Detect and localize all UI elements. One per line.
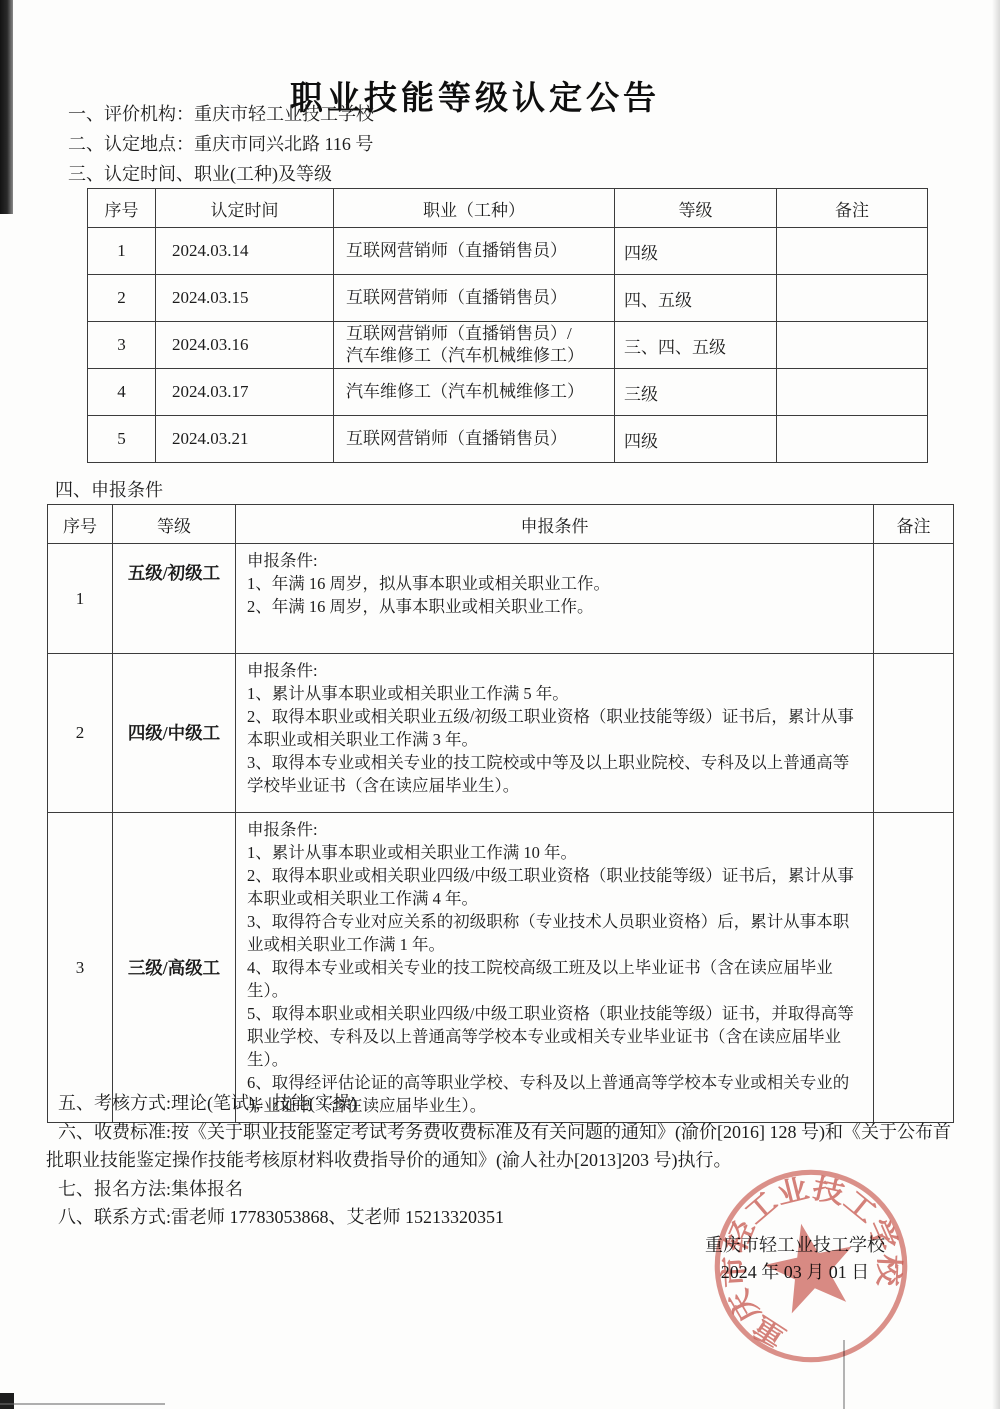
intro-item-location: 二、认定地点：重庆市同兴北路 116 号 bbox=[68, 129, 374, 159]
cell-no: 3 bbox=[88, 322, 156, 369]
cell-remark bbox=[777, 228, 928, 275]
cell-no: 2 bbox=[88, 275, 156, 322]
cell-remark bbox=[777, 322, 928, 369]
cell-no: 4 bbox=[88, 369, 156, 416]
cell-remark bbox=[777, 416, 928, 463]
seal-star-icon bbox=[757, 1214, 863, 1317]
table-row: 1 2024.03.14 互联网营销师（直播销售员） 四级 bbox=[88, 228, 928, 275]
cell-level: 四级 bbox=[615, 416, 777, 463]
cell-occupation: 互联网营销师（直播销售员） bbox=[334, 275, 615, 322]
cell-date: 2024.03.15 bbox=[156, 275, 334, 322]
cell-date: 2024.03.14 bbox=[156, 228, 334, 275]
cell-no: 1 bbox=[88, 228, 156, 275]
conditions-header-no: 序号 bbox=[48, 505, 113, 544]
cell-no: 3 bbox=[48, 813, 113, 1123]
table-row: 3 2024.03.16 互联网营销师（直播销售员）/ 汽车维修工（汽车机械维修… bbox=[88, 322, 928, 369]
conditions-header-conditions: 申报条件 bbox=[236, 505, 874, 544]
cell-occupation: 互联网营销师（直播销售员）/ 汽车维修工（汽车机械维修工） bbox=[334, 322, 615, 369]
cell-level: 四级 bbox=[615, 228, 777, 275]
official-seal-stamp: 重庆市轻工业技工学校 bbox=[708, 1163, 914, 1369]
cell-conditions: 申报条件: 1、累计从事本职业或相关职业工作满 5 年。 2、取得本职业或相关职… bbox=[236, 654, 874, 813]
table-row: 4 2024.03.17 汽车维修工（汽车机械维修工） 三级 bbox=[88, 369, 928, 416]
schedule-table: 序号 认定时间 职业（工种） 等级 备注 1 2024.03.14 互联网营销师… bbox=[87, 188, 928, 463]
scan-artifact-bottom-line bbox=[0, 1403, 165, 1405]
intro-item-evaluation-org: 一、评价机构：重庆市轻工业技工学校 bbox=[68, 99, 374, 129]
cell-occupation: 互联网营销师（直播销售员） bbox=[334, 416, 615, 463]
intro-list: 一、评价机构：重庆市轻工业技工学校 二、认定地点：重庆市同兴北路 116 号 三… bbox=[68, 99, 374, 189]
cell-level: 四、五级 bbox=[615, 275, 777, 322]
cell-remark bbox=[874, 813, 954, 1123]
intro-item-schedule-heading: 三、认定时间、职业(工种)及等级 bbox=[68, 159, 374, 189]
page-edge-shadow bbox=[992, 0, 1000, 1409]
cell-occupation: 汽车维修工（汽车机械维修工） bbox=[334, 369, 615, 416]
table-row: 2 四级/中级工 申报条件: 1、累计从事本职业或相关职业工作满 5 年。 2、… bbox=[48, 654, 954, 813]
cell-occupation: 互联网营销师（直播销售员） bbox=[334, 228, 615, 275]
section-heading-application-conditions: 四、申报条件 bbox=[55, 476, 163, 502]
schedule-header-occupation: 职业（工种） bbox=[334, 189, 615, 228]
scan-artifact-bottom-left-bar bbox=[0, 1393, 14, 1409]
cell-remark bbox=[874, 654, 954, 813]
table-row: 1 五级/初级工 申报条件: 1、年满 16 周岁，拟从事本职业或相关职业工作。… bbox=[48, 544, 954, 654]
cell-conditions: 申报条件: 1、累计从事本职业或相关职业工作满 10 年。 2、取得本职业或相关… bbox=[236, 813, 874, 1123]
cell-remark bbox=[874, 544, 954, 654]
note-assessment-method: 五、考核方式:理论(笔试)，技能(实操) bbox=[46, 1089, 960, 1118]
schedule-header-remark: 备注 bbox=[777, 189, 928, 228]
conditions-table: 序号 等级 申报条件 备注 1 五级/初级工 申报条件: 1、年满 16 周岁，… bbox=[47, 504, 954, 1123]
cell-no: 2 bbox=[48, 654, 113, 813]
cell-conditions: 申报条件: 1、年满 16 周岁，拟从事本职业或相关职业工作。 2、年满 16 … bbox=[236, 544, 874, 654]
cell-date: 2024.03.21 bbox=[156, 416, 334, 463]
table-row: 2 2024.03.15 互联网营销师（直播销售员） 四、五级 bbox=[88, 275, 928, 322]
cell-level: 五级/初级工 bbox=[113, 544, 236, 654]
schedule-header-row: 序号 认定时间 职业（工种） 等级 备注 bbox=[88, 189, 928, 228]
conditions-header-level: 等级 bbox=[113, 505, 236, 544]
cell-no: 5 bbox=[88, 416, 156, 463]
table-row: 3 三级/高级工 申报条件: 1、累计从事本职业或相关职业工作满 10 年。 2… bbox=[48, 813, 954, 1123]
cell-remark bbox=[777, 369, 928, 416]
cell-no: 1 bbox=[48, 544, 113, 654]
conditions-header-remark: 备注 bbox=[874, 505, 954, 544]
schedule-header-no: 序号 bbox=[88, 189, 156, 228]
schedule-header-date: 认定时间 bbox=[156, 189, 334, 228]
cell-remark bbox=[777, 275, 928, 322]
cell-level: 四级/中级工 bbox=[113, 654, 236, 813]
conditions-header-row: 序号 等级 申报条件 备注 bbox=[48, 505, 954, 544]
table-row: 5 2024.03.21 互联网营销师（直播销售员） 四级 bbox=[88, 416, 928, 463]
cell-level: 三级/高级工 bbox=[113, 813, 236, 1123]
cell-date: 2024.03.17 bbox=[156, 369, 334, 416]
cell-date: 2024.03.16 bbox=[156, 322, 334, 369]
cell-level: 三、四、五级 bbox=[615, 322, 777, 369]
cell-level: 三级 bbox=[615, 369, 777, 416]
schedule-header-level: 等级 bbox=[615, 189, 777, 228]
